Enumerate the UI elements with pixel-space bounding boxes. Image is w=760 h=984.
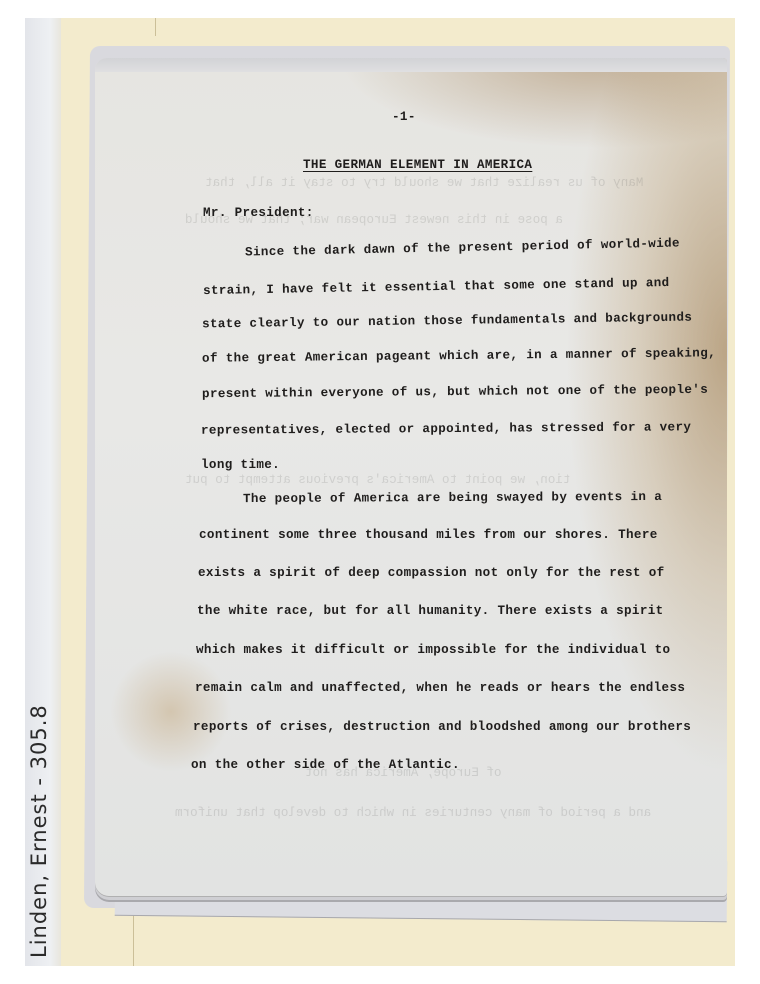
folder-crease (155, 18, 156, 36)
body-line: representatives, elected or appointed, h… (201, 420, 691, 437)
page-number: -1- (392, 110, 416, 124)
body-line: the white race, but for all humanity. Th… (197, 604, 664, 618)
body-line: long time. (201, 458, 280, 472)
body-line: on the other side of the Atlantic. (191, 758, 460, 772)
document-photo: Linden, Ernest - 305.8 Many of us realiz… (25, 18, 735, 966)
body-line: Since the dark dawn of the present perio… (245, 236, 680, 259)
salutation: Mr. President: (203, 206, 314, 220)
bleed-through-text: and a period of many centuries in which … (175, 806, 651, 820)
body-line: The people of America are being swayed b… (243, 490, 662, 506)
body-line: exists a spirit of deep compassion not o… (198, 566, 665, 580)
bleed-through-text: Many of us realize that we should try to… (205, 176, 643, 190)
bleed-through-text: tion, we point to America's previous att… (185, 473, 570, 487)
body-line: remain calm and unaffected, when he read… (195, 681, 685, 695)
body-line: present within everyone of us, but which… (202, 383, 708, 401)
page-top-edge (95, 58, 727, 72)
handwritten-folder-label: Linden, Ernest - 305.8 (27, 704, 51, 958)
body-line: strain, I have felt it essential that so… (203, 276, 670, 298)
body-line: of the great American pageant which are,… (202, 346, 716, 365)
typed-page: Many of us realize that we should try to… (95, 58, 727, 896)
body-line: state clearly to our nation those fundam… (202, 311, 692, 332)
body-line: which makes it difficult or impossible f… (196, 643, 670, 657)
body-line: reports of crises, destruction and blood… (193, 720, 691, 734)
body-line: continent some three thousand miles from… (199, 528, 658, 542)
document-title: THE GERMAN ELEMENT IN AMERICA (303, 158, 532, 172)
